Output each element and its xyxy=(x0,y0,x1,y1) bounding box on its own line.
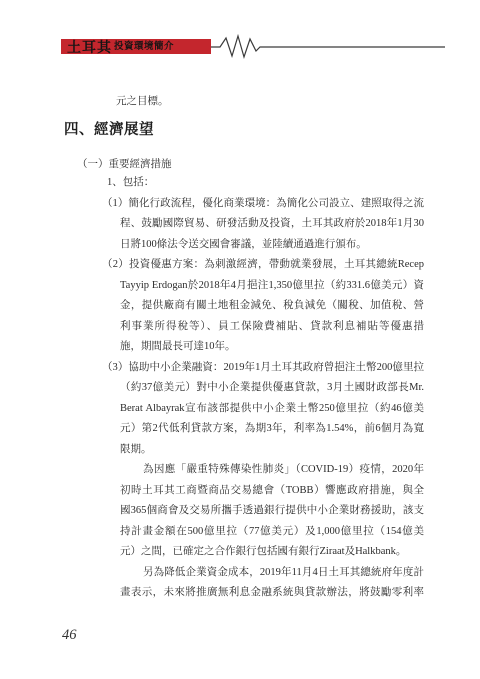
body-line: （約37億美元）對中小企業提供優惠貸款，3月土國財政部長Mr. xyxy=(120,380,424,395)
body-line: 金，提供廠商有關土地租金減免、稅負減免（關稅、加值稅、營 xyxy=(120,298,424,313)
body-line: 利事業所得稅等）、員工保險費補貼、貸款利息補貼等優惠措 xyxy=(120,319,424,334)
body-line: （1）簡化行政流程，優化商業環境：為簡化公司設立、建照取得之流 xyxy=(102,196,424,211)
body-line: （2）投資優惠方案：為刺激經濟，帶動就業發展，土耳其總統Recep xyxy=(102,257,424,272)
body-line: Berat Albayrak宣布該部提供中小企業土幣250億里拉（約46億美 xyxy=(120,401,424,416)
body-line: 另為降低企業資金成本，2019年11月4日土耳其總統府年度計 xyxy=(143,565,424,580)
body-line: 元）第2代低利貸款方案，為期3年，利率為1.54%，前6個月為寬 xyxy=(120,421,424,436)
page-number: 46 xyxy=(62,627,77,644)
body-line: 國365個商會及交易所攜手透過銀行提供中小企業財務援助，該支 xyxy=(120,503,424,518)
body-line: 施，期間最長可達10年。 xyxy=(120,339,424,354)
list-intro-label: 1、包括： xyxy=(107,174,154,189)
body-line: 程、鼓勵國際貿易、研發活動及投資，土耳其政府於2018年1月30 xyxy=(120,216,424,231)
header-series-label: 投資環境簡介 xyxy=(114,41,174,53)
body-line: 元）之間，已確定之合作銀行包括國有銀行Ziraat及Halkbank。 xyxy=(120,544,424,559)
header-country-banner: 土耳其 投資環境簡介 xyxy=(61,39,211,54)
body-line: 初時土耳其工商暨商品交易總會（TOBB）響應政府措施，與全 xyxy=(120,483,424,498)
body-line: 持計畫金額在500億里拉（77億美元）及1,000億里拉（154億美 xyxy=(120,524,424,539)
paragraph-tail-line: 元之目標。 xyxy=(116,94,169,109)
body-line: Tayyip Erdogan於2018年4月挹注1,350億里拉（約331.6億… xyxy=(120,278,424,293)
body-line: （3）協助中小企業融資：2019年1月土耳其政府曾挹注土幣200億里拉 xyxy=(102,360,424,375)
header-country-label: 土耳其 xyxy=(67,40,112,54)
body-line: 日將100條法令送交國會審議，並陸續通過進行頒布。 xyxy=(120,237,424,252)
section-heading: 四、經濟展望 xyxy=(64,120,154,140)
body-line: 為因應「嚴重特殊傳染性肺炎」（COVID-19）疫情，2020年 xyxy=(143,462,424,477)
body-line: 限期。 xyxy=(120,442,424,457)
subsection-heading: （一）重要經濟措施 xyxy=(77,156,172,171)
header-pulse-line-icon xyxy=(211,34,446,60)
body-line: 畫表示，未來將推廣無利息金融系統與貸款辦法，將鼓勵零利率 xyxy=(120,585,424,600)
document-page: 土耳其 投資環境簡介 元之目標。 四、經濟展望 （一）重要經濟措施 1、包括： … xyxy=(0,0,480,679)
